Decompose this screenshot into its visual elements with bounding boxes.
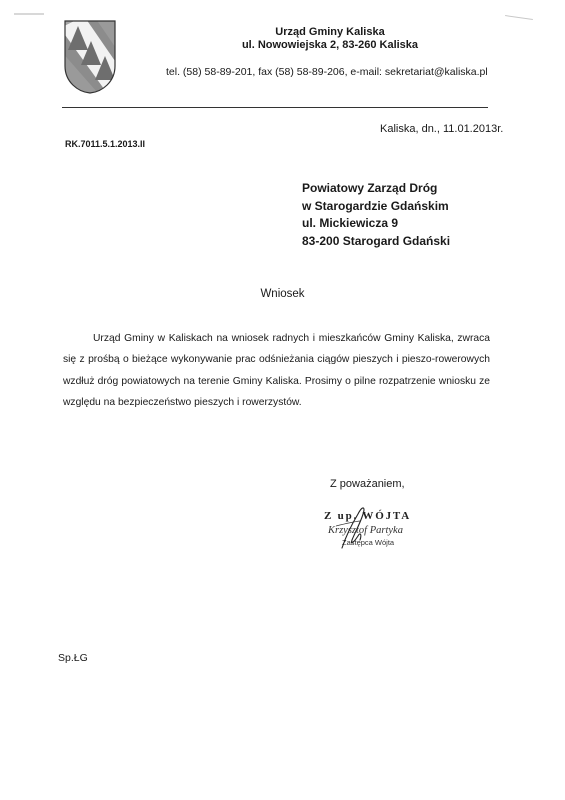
official-stamp: Z up. WÓJTA Krzysztof Partyka Zastępca W…	[320, 508, 440, 553]
recipient-line: ul. Mickiewicza 9	[302, 215, 450, 233]
footer-initials: Sp.ŁG	[58, 652, 88, 664]
letter-body: Urząd Gminy w Kaliskach na wniosek radny…	[63, 328, 490, 413]
stamp-name: Krzysztof Partyka	[328, 525, 403, 536]
office-name: Urząd Gminy Kaliska	[160, 25, 500, 39]
letter-subject: Wniosek	[0, 288, 565, 300]
office-contact: tel. (58) 58-89-201, fax (58) 58-89-206,…	[166, 66, 488, 79]
closing-salutation: Z poważaniem,	[330, 478, 405, 490]
scan-artifact	[505, 15, 533, 20]
stamp-title: Z up. WÓJTA	[324, 510, 411, 522]
stamp-role: Zastępca Wójta	[342, 538, 394, 547]
reference-number: RK.7011.5.1.2013.II	[65, 139, 145, 149]
scan-artifact	[14, 13, 44, 15]
coat-of-arms-icon	[64, 20, 116, 94]
recipient-line: Powiatowy Zarząd Dróg	[302, 180, 450, 198]
office-address: ul. Nowowiejska 2, 83-260 Kaliska	[160, 38, 500, 52]
header-divider	[62, 107, 488, 108]
recipient-line: w Starogardzie Gdańskim	[302, 198, 450, 216]
recipient-line: 83-200 Starogard Gdański	[302, 233, 450, 251]
letter-page: Urząd Gminy Kaliska ul. Nowowiejska 2, 8…	[0, 0, 565, 800]
place-date: Kaliska, dn., 11.01.2013r.	[380, 123, 503, 135]
recipient-address: Powiatowy Zarząd Dróg w Starogardzie Gda…	[302, 180, 450, 250]
